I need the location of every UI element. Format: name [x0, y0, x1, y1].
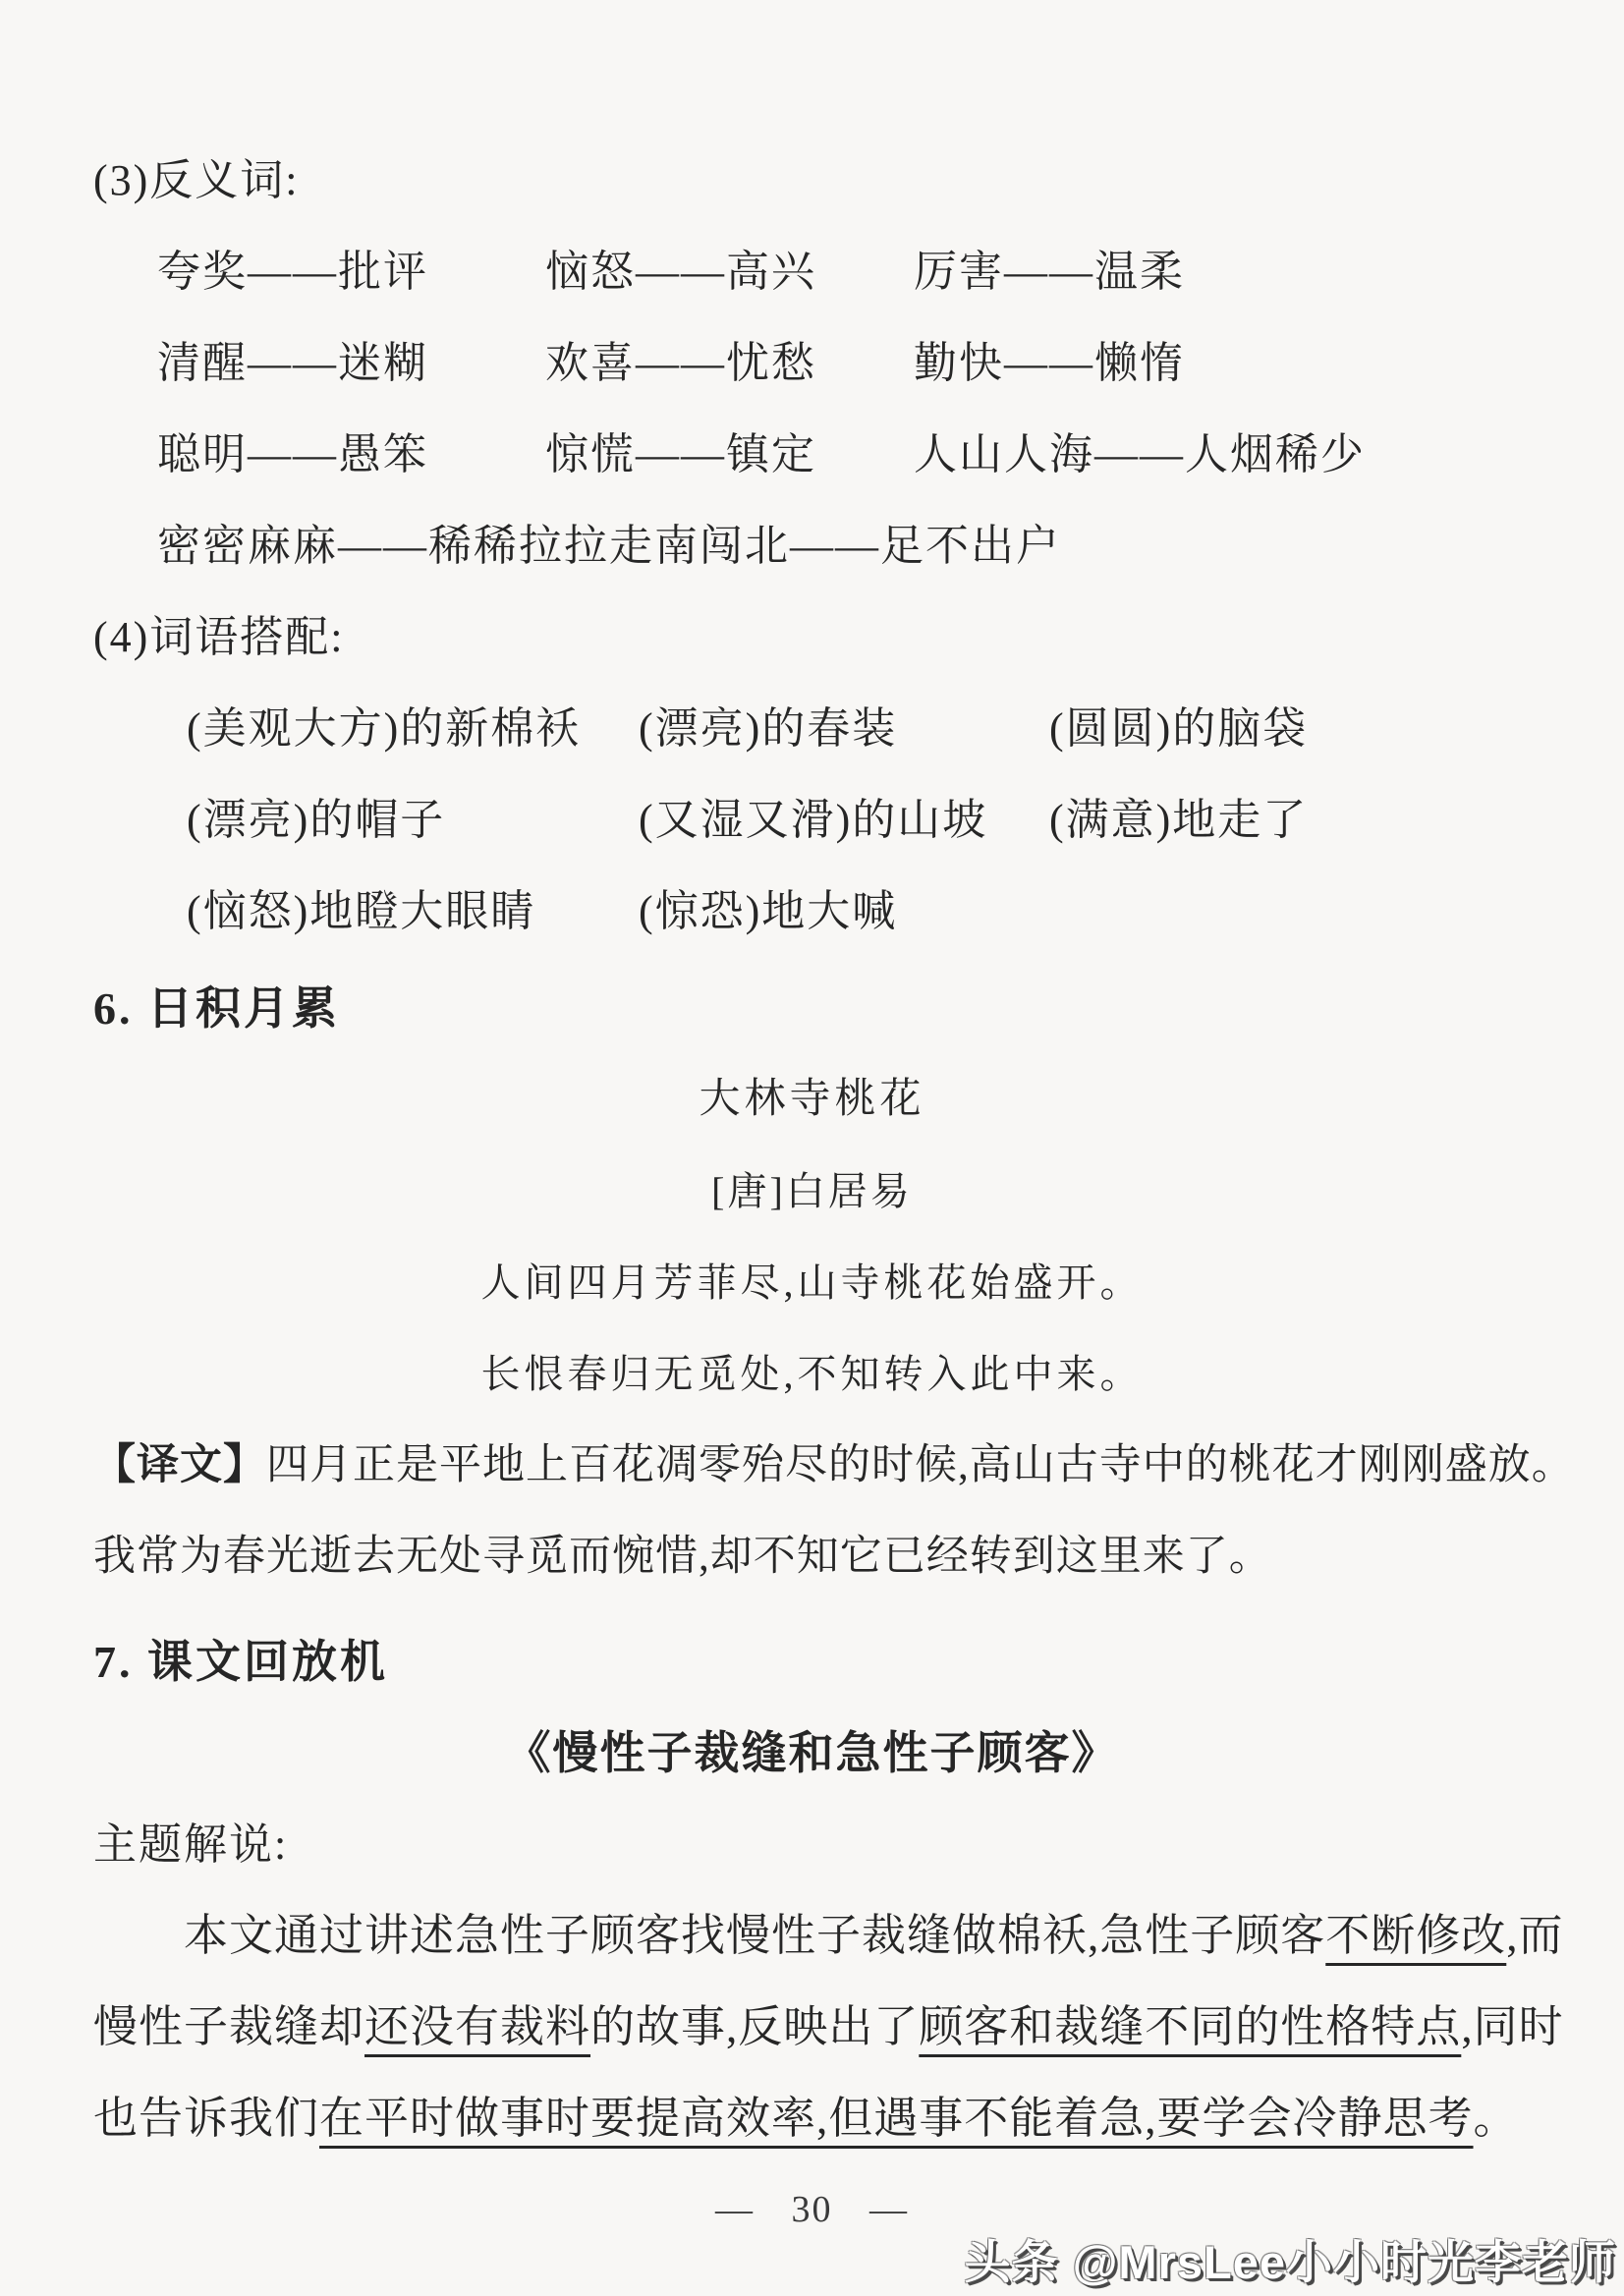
- antonym-row: 清醒——迷糊 欢喜——忧愁 勤快——懒惰: [93, 317, 1531, 409]
- poem-line: 人间四月芳菲尽,山寺桃花始盛开。: [93, 1237, 1531, 1328]
- poem-title: 大林寺桃花: [93, 1054, 1531, 1146]
- collocation-item: (漂亮)的帽子: [187, 774, 639, 866]
- antonym-pair: 惊慌——镇定: [545, 409, 914, 500]
- watermark: 头条 @MrsLee小小时光李老师: [965, 2226, 1616, 2292]
- collocation-item: (美观大方)的新棉袄: [187, 683, 639, 774]
- antonym-row: 夸奖——批评 恼怒——高兴 厉害——温柔: [93, 226, 1531, 317]
- collocation-row: (美观大方)的新棉袄 (漂亮)的春装 (圆圆)的脑袋: [93, 683, 1531, 774]
- collocation-row: (漂亮)的帽子 (又湿又滑)的山坡 (满意)地走了: [93, 774, 1531, 866]
- translation-text: 四月正是平地上百花凋零殆尽的时候,高山古寺中的桃花才刚刚盛放。: [266, 1442, 1575, 1488]
- antonym-pair: 走南闯北——足不出户: [609, 500, 1061, 591]
- antonym-pair: 恼怒——高兴: [545, 226, 914, 317]
- collocation-item: (惊恐)地大喊: [639, 866, 1049, 957]
- collocation-item: (恼怒)地瞪大眼睛: [187, 866, 639, 957]
- theme-paragraph-line: 慢性子裁缝却还没有裁料的故事,反映出了顾客和裁缝不同的性格特点,同时: [93, 1982, 1531, 2073]
- antonym-pair: 清醒——迷糊: [157, 317, 545, 409]
- antonym-row: 聪明——愚笨 惊慌——镇定 人山人海——人烟稀少: [93, 409, 1531, 500]
- collocation-item: (漂亮)的春装: [639, 683, 1049, 774]
- poem-line: 长恨春归无觅处,不知转入此中来。: [93, 1328, 1531, 1420]
- antonym-pair: 欢喜——忧愁: [545, 317, 914, 409]
- theme-paragraph-line: 本文通过讲述急性子顾客找慢性子裁缝做棉袄,急性子顾客不断修改,而: [93, 1890, 1531, 1982]
- lesson-title: 《慢性子裁缝和急性子顾客》: [93, 1708, 1531, 1799]
- theme-subheading: 主题解说:: [93, 1799, 1531, 1890]
- accumulation-heading: 6. 日积月累: [93, 963, 1531, 1054]
- antonym-pair: 聪明——愚笨: [157, 409, 545, 500]
- collocation-item: (满意)地走了: [1049, 774, 1308, 866]
- antonym-pair: 人山人海——人烟稀少: [914, 409, 1366, 500]
- translation-label: 【译文】: [93, 1442, 266, 1488]
- collocation-item: (圆圆)的脑袋: [1049, 683, 1308, 774]
- antonym-pair: 夸奖——批评: [157, 226, 545, 317]
- translation-line: 我常为春光逝去无处寻觅而惋惜,却不知它已经转到这里来了。: [93, 1511, 1531, 1602]
- theme-paragraph-line: 也告诉我们在平时做事时要提高效率,但遇事不能着急,要学会冷静思考。: [93, 2073, 1531, 2164]
- translation-line: 【译文】四月正是平地上百花凋零殆尽的时候,高山古寺中的桃花才刚刚盛放。: [93, 1420, 1531, 1511]
- antonyms-heading: (3)反义词:: [93, 135, 1531, 226]
- antonym-pair: 密密麻麻——稀稀拉拉: [157, 500, 609, 591]
- page-content: (3)反义词: 夸奖——批评 恼怒——高兴 厉害——温柔 清醒——迷糊 欢喜——…: [93, 135, 1531, 2256]
- antonym-pair: 厉害——温柔: [914, 226, 1185, 317]
- collocation-row: (恼怒)地瞪大眼睛 (惊恐)地大喊: [93, 866, 1531, 957]
- collocation-item: (又湿又滑)的山坡: [639, 774, 1049, 866]
- poem-author: [唐]白居易: [93, 1146, 1531, 1237]
- worksheet-page: (3)反义词: 夸奖——批评 恼怒——高兴 厉害——温柔 清醒——迷糊 欢喜——…: [0, 0, 1624, 2296]
- antonym-row: 密密麻麻——稀稀拉拉 走南闯北——足不出户: [93, 500, 1531, 591]
- collocations-heading: (4)词语搭配:: [93, 591, 1531, 683]
- review-heading: 7. 课文回放机: [93, 1616, 1531, 1708]
- antonym-pair: 勤快——懒惰: [914, 317, 1185, 409]
